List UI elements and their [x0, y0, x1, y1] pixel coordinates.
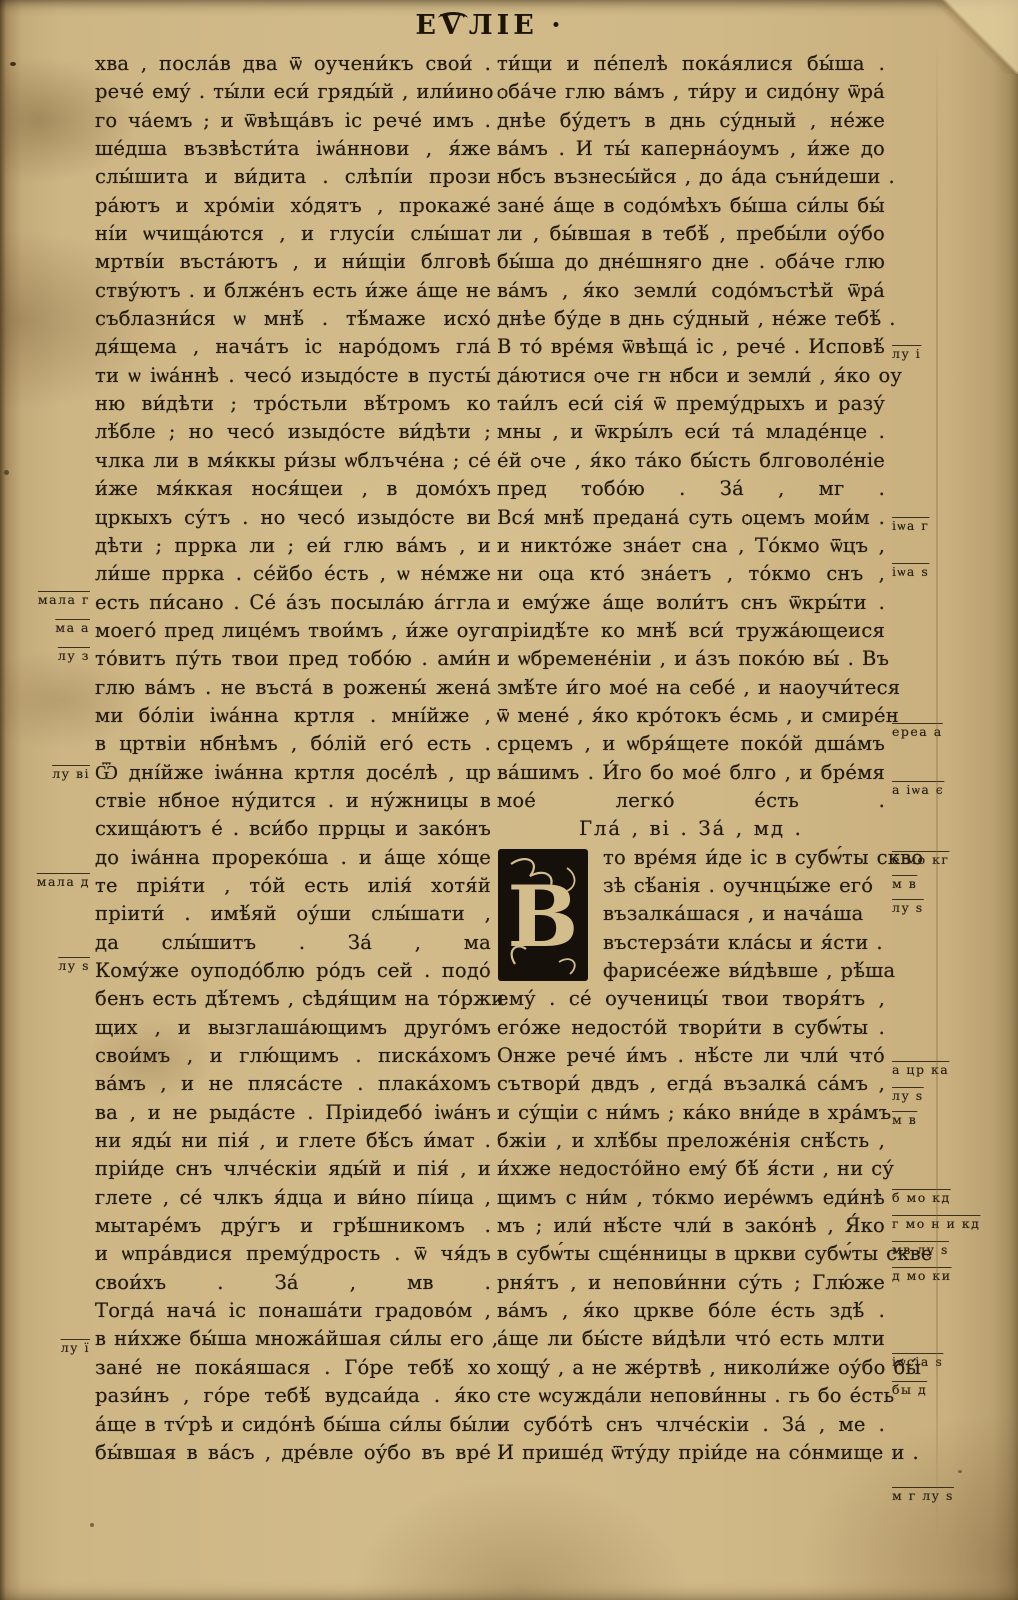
text-line: ѿ мене́ , я́ко кро́токъ е́смь , и смире́…	[497, 702, 885, 730]
text-line: днѣе бу́де в днь су́дный , не́же тебѣ́ .	[497, 305, 885, 333]
chapter-opening: В то вре́мя и́де іс в субѡ́ты сквозѣ сѣ́…	[497, 844, 885, 986]
margin-note: а цр ка	[892, 1062, 949, 1077]
text-line: срцемъ , и ѡбря́щете поко́й дша́мъ	[497, 730, 885, 758]
text-line: зане́ не пока́яшася . Го́ре тебѣ́ хо	[95, 1354, 491, 1382]
woodcut-initial-svg: В	[497, 848, 589, 982]
text-line: да слы́шитъ . За́ , ма	[95, 929, 491, 957]
text-line: дѣти ; пррка ли ; еи́ глю ва́мъ , и	[95, 532, 491, 560]
text-line: пред тобо́ю . За́ , мг .	[497, 475, 885, 503]
text-line: в субѡ́ты сще́нницы в цркви субѡ́ты скве	[497, 1240, 885, 1268]
margin-note: лу ві	[26, 766, 90, 781]
running-title-text: ЕѴЛІЕ ·	[415, 10, 564, 41]
margin-note: мала д	[26, 874, 90, 889]
text-line: схища́ютъ е́ . вси́бо пррцы и зако́нъ	[95, 815, 491, 843]
text-line: ва́шимъ . И́го бо мое́ блго , и бре́мя	[497, 759, 885, 787]
text-line: до іѡа́нна прореко́ша . и а́ще хо́ще	[95, 844, 491, 872]
text-line: свои́мъ , и глю́щимъ . писка́хомъ	[95, 1042, 491, 1070]
book-page: ЕѴЛІЕ · хва , посла́в два ѿ оучени́къ св…	[0, 0, 1018, 1600]
text-line: ству́ютъ . и блже́нъ есть и́же а́ще не	[95, 277, 491, 305]
woodcut-initial-V: В	[497, 848, 589, 982]
text-line: таи́лъ еси́ сія́ ѿ прему́дрыхъ и разу́	[497, 390, 885, 418]
text-line: сте ѡсужда́ли непови́нны . гь бо е́сть	[497, 1382, 885, 1410]
text-line: ра́ютъ и хро́міи хо́дятъ , прокаже́	[95, 192, 491, 220]
ink-speck	[4, 470, 9, 475]
text-line: щих , и вызглаша́ющимъ друго́мъ	[95, 1014, 491, 1042]
text-line: и ѡпра́вдися прему́дрость . ѿ чя́дъ	[95, 1240, 491, 1268]
text-line: мытаре́мъ дру́гъ и грѣ́шникомъ .	[95, 1212, 491, 1240]
text-line: Ѿ дні́йже іѡа́нна кртля досе́лѣ , цр	[95, 759, 491, 787]
margin-note: лу ї	[26, 1340, 90, 1355]
running-title: ЕѴЛІЕ ·	[0, 10, 980, 41]
text-line: и́хже недосто́йно ему́ бѣ́ я́сти , ни су…	[497, 1155, 885, 1183]
margin-note: м г лу ѕ	[892, 1488, 954, 1503]
margin-note: м в	[892, 1112, 917, 1127]
text-line: то́витъ пу́ть твои пред тобо́ю . ами́н	[95, 645, 491, 673]
text-line: его́же недосто́й твори́ти в субѡ́ты .	[497, 1014, 885, 1042]
text-line: Тогда́ нача́ іс понаша́ти градово́м ,	[95, 1297, 491, 1325]
text-line: ва́мъ , и не пляса́сте . плака́хомъ	[95, 1070, 491, 1098]
text-line: В то́ вре́мя ѿвѣща́ іс , рече́ . Исповѣ́	[497, 333, 885, 361]
text-line: цркыхъ су́тъ . но чесо́ изыдо́сте ви	[95, 504, 491, 532]
text-line: бы́вшая в ва́съ , дре́вле оу́бо въ вре́	[95, 1439, 491, 1467]
margin-note: мала г	[26, 592, 90, 607]
text-line: рече́ ему́ . ты́ли еси́ гряды́й , или́ин…	[95, 78, 491, 106]
text-line: Кому́же оуподо́блю ро́дъ сей . подо́	[95, 957, 491, 985]
text-line: ни яды́ ни пія́ , и глете бѣ́съ и́мат .	[95, 1127, 491, 1155]
text-line: ли , бы́вшая в тебѣ́ , пребы́ли оу́бо	[497, 220, 885, 248]
text-line: съблазни́ся ѡ мнѣ́ . тѣ́маже исхо́	[95, 305, 491, 333]
text-line: ни ѻца кто́ зна́етъ , то́кмо снъ ,	[497, 560, 885, 588]
text-line: бенъ есть дѣ́темъ , сѣдя́щим на то́ржи	[95, 985, 491, 1013]
margin-note: м в	[892, 876, 917, 891]
text-line: в цртвіи нбнѣмъ , бо́лій его́ есть .	[95, 730, 491, 758]
text-line: свои́хъ . За́ , мв .	[95, 1269, 491, 1297]
text-line: Вся́ мнѣ́ предана́ суть ѻцемъ мои́м .	[497, 504, 885, 532]
text-line: и ему́же а́ще воли́тъ снъ ѿкры́ти .	[497, 589, 885, 617]
text-line: те прія́ти , то́й есть илія́ хотя́й	[95, 872, 491, 900]
text-line: Онже рече́ и́мъ . нѣ́сте ли чли́ что́	[497, 1042, 885, 1070]
ink-speck	[958, 1470, 962, 1473]
text-line: ѻба́че глю ва́мъ , ти́ру и сидо́ну ѿра́	[497, 78, 885, 106]
text-line: И прише́д ѿту́ду пріи́де на со́нмище и .	[497, 1439, 885, 1467]
margin-note: лу з	[26, 648, 90, 663]
ink-speck	[90, 1523, 94, 1527]
text-line: есть пи́сано . Се́ а́зъ посыла́ю а́ггла	[95, 589, 491, 617]
text-line: и субо́тѣ снъ члче́скіи . За́ , ме .	[497, 1411, 885, 1439]
text-line: пріи́де снъ члче́скіи яды́й и пія́ , и	[95, 1155, 491, 1183]
text-line: и никто́же зна́ет сна , То́кмо ѿцъ ,	[497, 532, 885, 560]
text-line: ні́и ѡчища́ются , и глусі́и слы́шат	[95, 220, 491, 248]
text-line: лѣ́бле ; но чесо́ изыдо́сте ви́дѣти ;	[95, 418, 491, 446]
text-line: глете , се́ члкъ я́дца и ви́но пі́ица ,	[95, 1184, 491, 1212]
text-line: да́ютися ѻче гн нбси и земли́ , я́ко оу	[497, 362, 885, 390]
text-line: хощу́ , а не же́ртвѣ , николи́же оу́бо б…	[497, 1354, 885, 1382]
text-line: ти́щи и пе́пелѣ пока́ялися бы́ша .	[497, 50, 885, 78]
titlo-mark	[438, 12, 468, 25]
text-line: ва́мъ . И ты́ каперна́оумъ , и́же до	[497, 135, 885, 163]
margin-note: ма а	[26, 620, 90, 635]
left-column-text: хва , посла́в два ѿ оучени́къ свои́ .реч…	[95, 50, 491, 1467]
text-line: змѣ́те и́го мое́ на себе́ , и наоучи́тес…	[497, 674, 885, 702]
text-line: слы́шита и ви́дита . слѣпі́и прози	[95, 163, 491, 191]
text-line: ли́ше пррка . се́йбо е́сть , ѡ не́мже	[95, 560, 491, 588]
text-line: ню ви́дѣти ; тро́стьли вѣ́тромъ ко	[95, 390, 491, 418]
margin-note: бы д	[892, 1382, 927, 1397]
text-line: рази́нъ , го́ре тебѣ́ вудсаи́да . я́ко	[95, 1382, 491, 1410]
text-line: дя́щема , нача́тъ іс наро́домъ гла́	[95, 333, 491, 361]
text-line: моего́ пред лице́мъ твои́мъ , и́же оуго	[95, 617, 491, 645]
right-column-lower: ему́ . се́ оученицы́ твои творя́тъ ,его́…	[497, 985, 885, 1467]
right-column-text: ти́щи и пе́пелѣ пока́ялися бы́ша .ѻба́че…	[497, 50, 885, 1467]
page-crease-line	[936, 40, 938, 1545]
text-line: а́ще ли бы́сте ви́дѣли что́ есть млти	[497, 1325, 885, 1353]
text-line: в ни́хже бы́ша множа́йшая си́лы его ,	[95, 1325, 491, 1353]
text-line: ва , и не рыда́сте . Пріидебо́ іѡа́нъ	[95, 1099, 491, 1127]
text-line: е́й ѻче , я́ко та́ко бы́сть блговоле́ніе	[497, 447, 885, 475]
text-line: ему́ . се́ оученицы́ твои творя́тъ ,	[497, 985, 885, 1013]
text-line: щимъ с ни́м , то́кмо иере́ѡмъ еди́нѣ	[497, 1184, 885, 1212]
text-line: бы́ша до дне́шняго дне . ѻба́че глю	[497, 248, 885, 276]
margin-note: лу ѕ	[892, 900, 924, 915]
text-line: ва́мъ , я́ко цркве бо́ле е́сть здѣ́ .	[497, 1297, 885, 1325]
text-line: го ча́емъ ; и ѿвѣща́въ іс рече́ имъ .	[95, 107, 491, 135]
text-line: рня́тъ , и непови́нни су́ть ; Глю́же	[497, 1269, 885, 1297]
text-line: пріити́ . имѣ́яй оу́ши слы́шати ,	[95, 900, 491, 928]
margin-note: іѡа г	[892, 518, 929, 534]
margin-note: лу ѕ	[892, 1088, 924, 1103]
margin-note: д мо ки	[892, 1268, 952, 1283]
margin-note: б мо кд	[892, 1190, 951, 1205]
text-line: мртві́и въста́ютъ , и ни́щіи блговѣ	[95, 248, 491, 276]
text-line: глю ва́мъ . не въста́ в рожены́ жена́	[95, 674, 491, 702]
margin-note: іѡа ѕ	[892, 564, 929, 580]
text-line: и су́щіи с ни́мъ ; ка́ко вни́де в хра́мъ	[497, 1099, 885, 1127]
margin-note: лу і	[892, 346, 921, 361]
text-line: мъ ; или́ нѣ́сте чли́ в зако́нѣ , Я́ко	[497, 1212, 885, 1240]
text-line: хва , посла́в два ѿ оучени́къ свои́ .	[95, 50, 491, 78]
page-corner-fold	[922, 0, 1018, 74]
text-line: члка ли в мя́ккы ри́зы ѡблъче́на ; се́	[95, 447, 491, 475]
text-line: ствіе нбное ну́дится . и ну́жницы в	[95, 787, 491, 815]
text-line: а́ще в тѵ́рѣ и сидо́нѣ бы́ша си́лы бы́ли	[95, 1411, 491, 1439]
text-line: нбсъ възнесы́йся , до а́да съни́деши .	[497, 163, 885, 191]
text-line: и́же мя́ккая нося́щеи , в домо́хъ	[95, 475, 491, 503]
text-line: пріидѣ́те ко мнѣ́ вси́ тружа́ющеися	[497, 617, 885, 645]
text-line: ми бо́ліи іѡа́нна кртля . мні́йже ,	[95, 702, 491, 730]
text-line: сътвори́ двдъ , егда́ възалка́ са́мъ ,	[497, 1070, 885, 1098]
margin-note: лу ѕ	[26, 958, 90, 973]
ink-speck	[10, 62, 16, 66]
text-line: ти ѡ іѡа́ннѣ . чесо́ изыдо́сте в пусты́	[95, 362, 491, 390]
chapter-heading: Гла́ , ві . За́ , мд .	[497, 815, 885, 843]
text-line: бжіи , и хлѣ́бы преложе́нія снѣ́сть ,	[497, 1127, 885, 1155]
text-line: и ѡбремене́ніи , и а́зъ поко́ю вы́ . Въ	[497, 645, 885, 673]
text-line: ше́дша възвѣсти́та іѡа́ннови , я́же	[95, 135, 491, 163]
right-column-upper: ти́щи и пе́пелѣ пока́ялися бы́ша .ѻба́че…	[497, 50, 885, 815]
text-line: днѣе бу́детъ в днь су́дный , не́же	[497, 107, 885, 135]
text-line: зане́ а́ще в содо́мѣхъ бы́ша си́лы бы́	[497, 192, 885, 220]
initial-letter: В	[507, 867, 578, 966]
text-line: ва́мъ , я́ко земли́ содо́мъстѣй ѿра́	[497, 277, 885, 305]
text-line: мны , и ѿкры́лъ еси́ та́ младе́нце .	[497, 418, 885, 446]
text-line: мое́ легко́ е́сть .	[497, 787, 885, 815]
